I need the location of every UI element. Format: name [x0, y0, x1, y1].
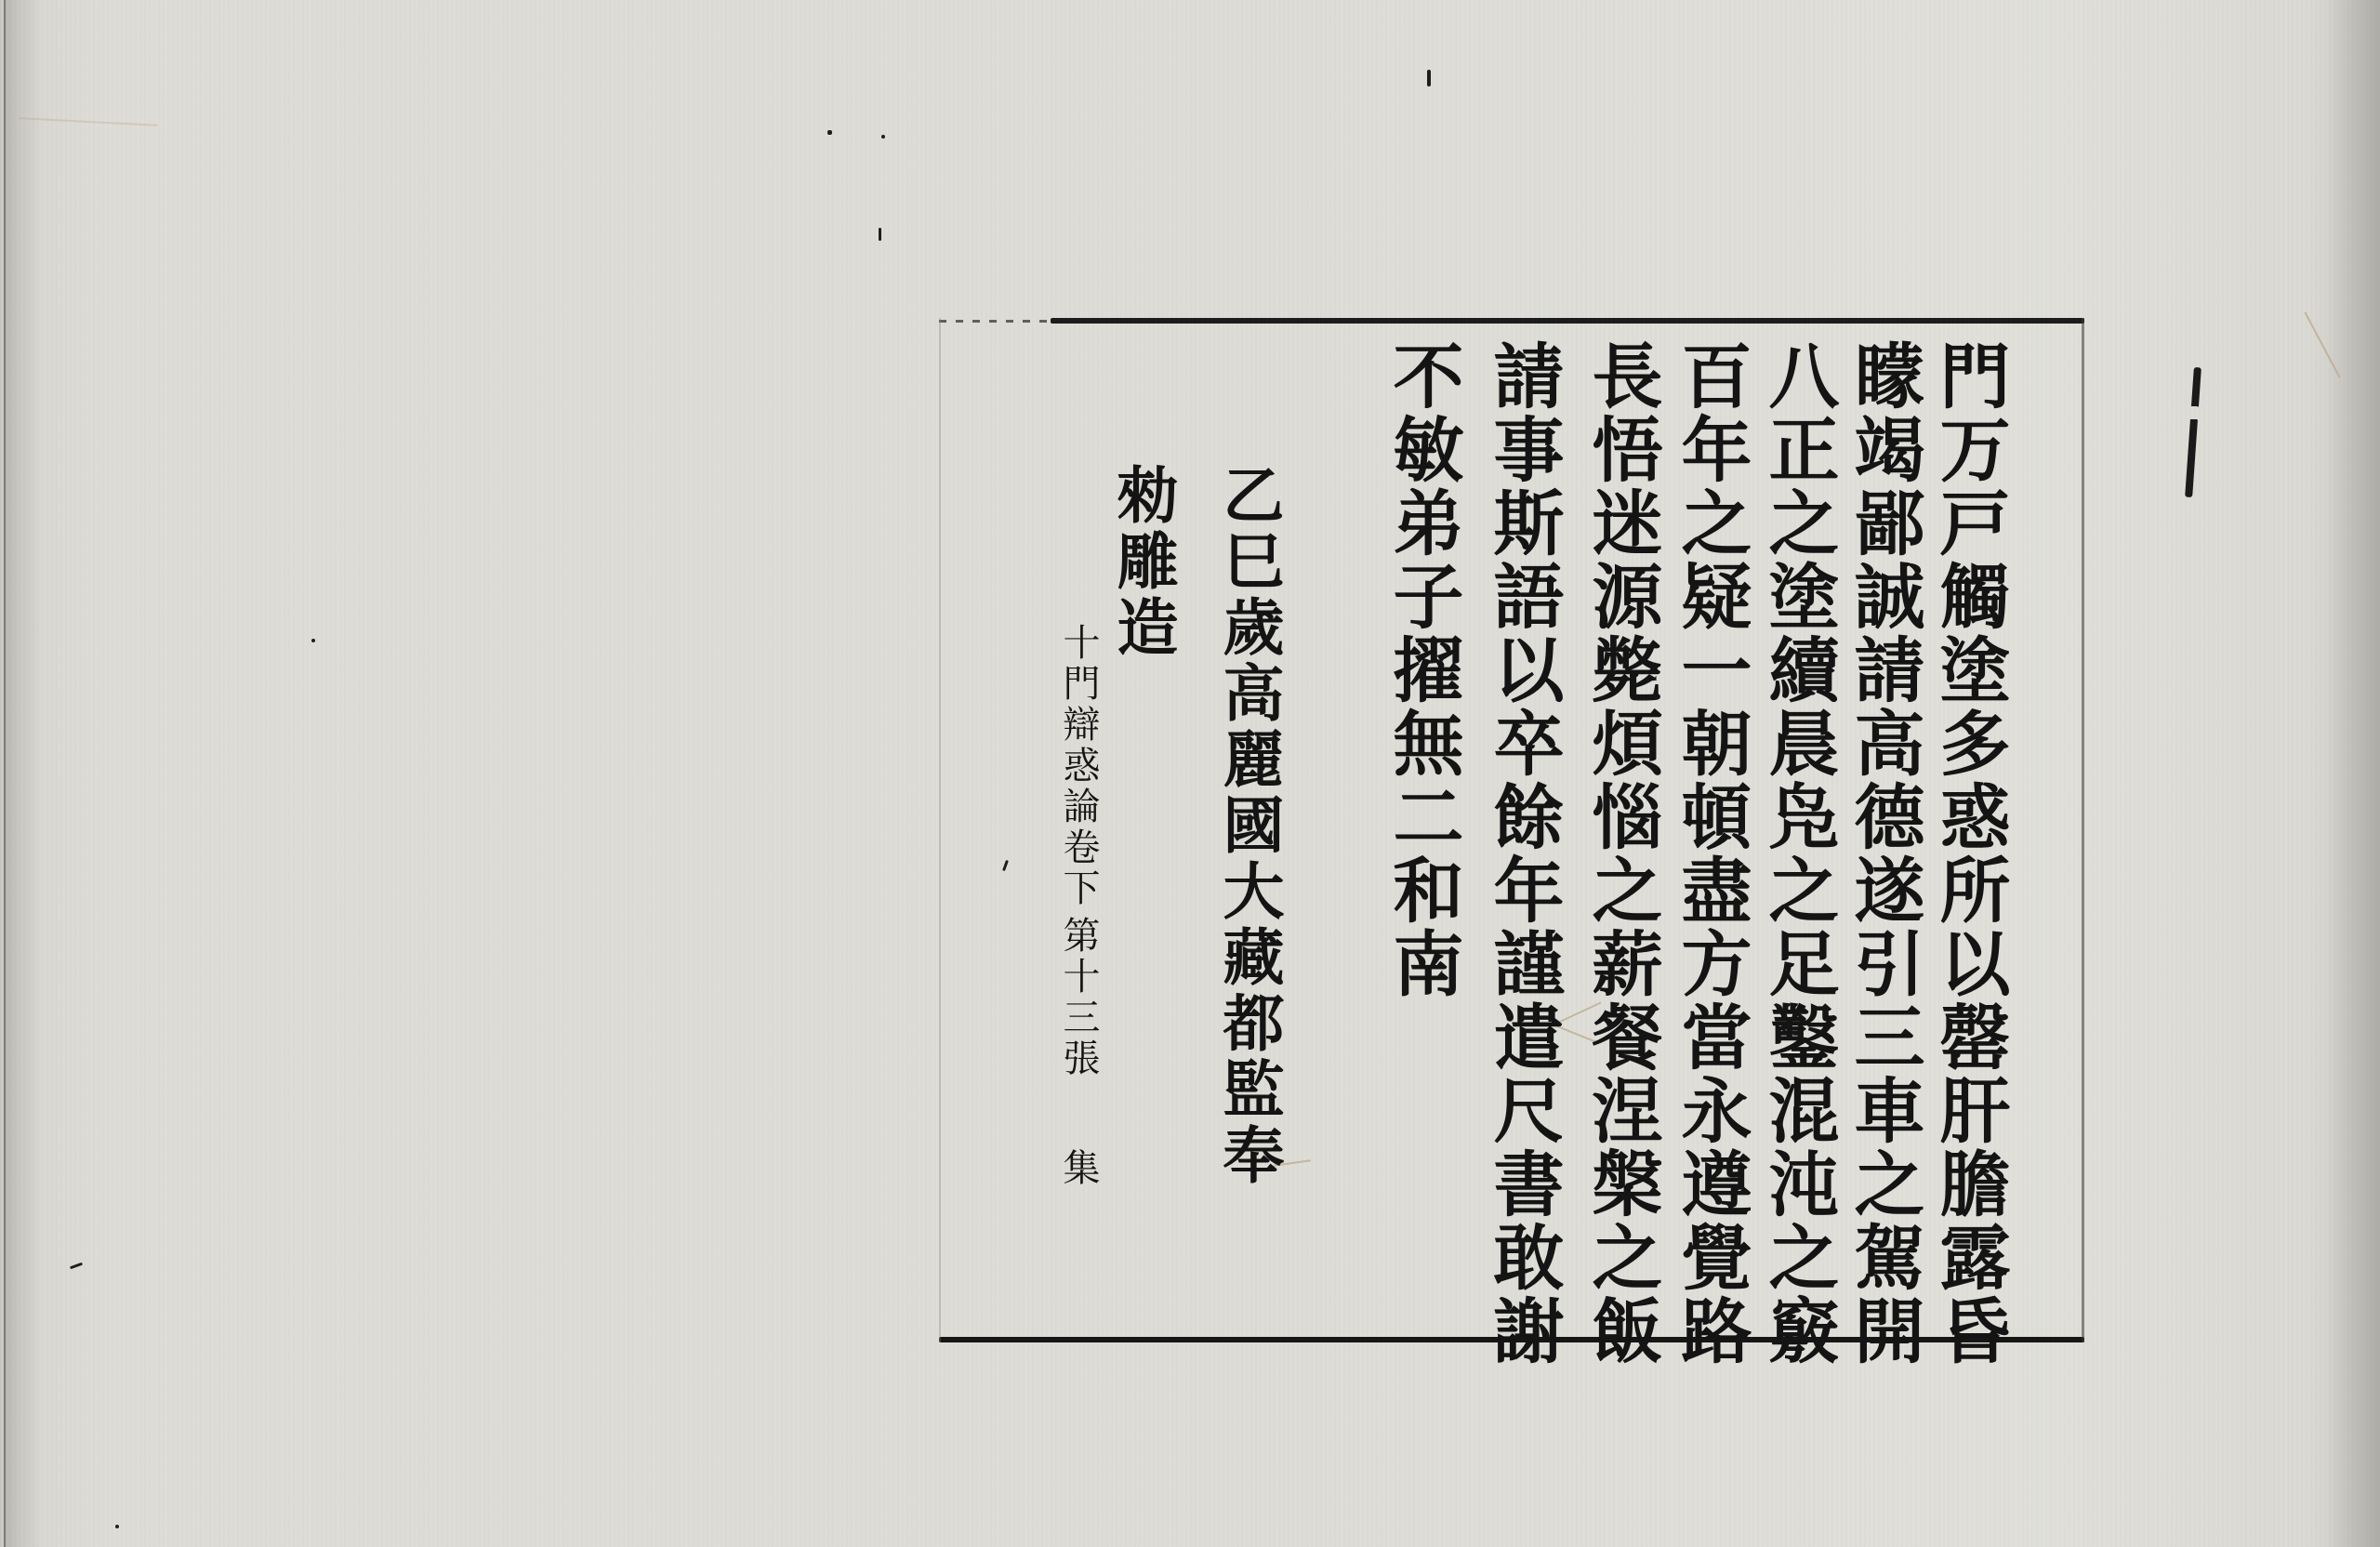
ink-speck: [115, 1525, 119, 1528]
frame-left-border: [939, 318, 941, 1342]
frame-right-border: [2082, 318, 2084, 1342]
frame-top-border: [1051, 318, 2084, 324]
page-number: 第十三張: [1060, 916, 1097, 1079]
text-column-7: 不敏弟子擢無二和南: [1387, 339, 1458, 1000]
text-column-6: 請事斯語以卒餘年謹遣尺書敢謝: [1487, 339, 1558, 1368]
carver-mark: 集: [1060, 1148, 1097, 1185]
text-column-5: 長悟迷源斃煩惱之薪餐涅槃之飯: [1586, 339, 1657, 1368]
margin-ink-mark: [2185, 367, 2201, 497]
colophon-date-line: 乙巳歲高麗國大藏都監奉: [1218, 463, 1279, 1189]
text-column-3: 八正之塗續晨凫之足鑿混沌之竅: [1763, 339, 1833, 1368]
ink-speck: [881, 135, 885, 139]
ink-speck: [70, 1263, 83, 1270]
text-column-1: 門万戸觸塗多惑所以罄肝膽露昏: [1934, 339, 2004, 1368]
ink-speck: [879, 228, 881, 241]
colophon-order-line: 勑雕造: [1112, 463, 1173, 661]
page-right-shadow: [2324, 0, 2380, 1547]
text-column-2: 矇竭鄙誠請高德遂引三車之駕開: [1848, 339, 1919, 1368]
scanned-page: 門万戸觸塗多惑所以罄肝膽露昏 矇竭鄙誠請高德遂引三車之駕開 八正之塗續晨凫之足鑿…: [0, 0, 2380, 1547]
sutra-title: 十門辯惑論卷下: [1060, 623, 1097, 909]
spine-shadow: [6, 0, 43, 1547]
ink-speck: [1427, 70, 1431, 86]
ink-speck: [827, 130, 832, 135]
text-column-4: 百年之疑一朝頓盡方當永遵覺路: [1675, 339, 1746, 1368]
ink-speck: [311, 639, 315, 642]
frame-top-faint-border: [939, 320, 1069, 323]
